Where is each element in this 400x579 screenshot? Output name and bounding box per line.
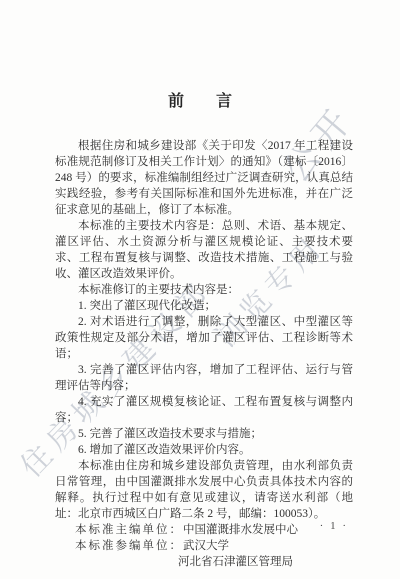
credit-chief-editor-value: 中国灌溉排水发展中心 [183,524,298,536]
credit-chief-editor: 本标准主编单位：中国灌溉排水发展中心 [55,522,353,538]
credit-participant-value-1: 武汉大学 [183,540,229,552]
revision-item-1: 1. 突出了灌区现代化改造； [55,298,353,314]
document-body: 根据住房和城乡建设部《关于印发〈2017 年工程建设标准规范制修订及相关工作计划… [55,138,353,570]
credit-participant-continuation: 河北省石津灌区管理局 [55,554,353,570]
revision-item-4: 4. 充实了灌区规模复核论证、工程布置复核与调整内容； [55,394,353,426]
revision-item-5: 5. 完善了灌区改造技术要求与措施； [55,426,353,442]
document-page: 住房城乡建设部 浏览专用 公开 前 言 根据住房和城乡建设部《关于印发〈2017… [0,0,400,579]
paragraph-management: 本标准由住房和城乡建设部负责管理，由水利部负责日常管理，由中国灌溉排水发展中心负… [55,458,353,522]
paragraph-revision-intro: 本标准修订的主要技术内容是： [55,282,353,298]
revision-item-3: 3. 完善了灌区评估内容，增加了工程评估、运行与管理评估等内容； [55,362,353,394]
paragraph-basis: 根据住房和城乡建设部《关于印发〈2017 年工程建设标准规范制修订及相关工作计划… [55,138,353,218]
page-title: 前 言 [0,88,400,111]
credit-participant: 本标准参编单位：武汉大学 [55,538,353,554]
paragraph-main-contents: 本标准的主要技术内容是：总则、术语、基本规定、灌区评估、水土资源分析与灌区规模论… [55,218,353,282]
page-number: · 1 · [320,520,348,532]
revision-item-2: 2. 对术语进行了调整，删除了大型灌区、中型灌区等政策性规定及部分术语，增加了灌… [55,314,353,362]
credit-participant-label: 本标准参编单位： [75,540,183,552]
credit-chief-editor-label: 本标准主编单位： [75,524,183,536]
credit-participant-value-2: 河北省石津灌区管理局 [178,556,293,568]
revision-item-6: 6. 增加了灌区改造效果评价内容。 [55,442,353,458]
